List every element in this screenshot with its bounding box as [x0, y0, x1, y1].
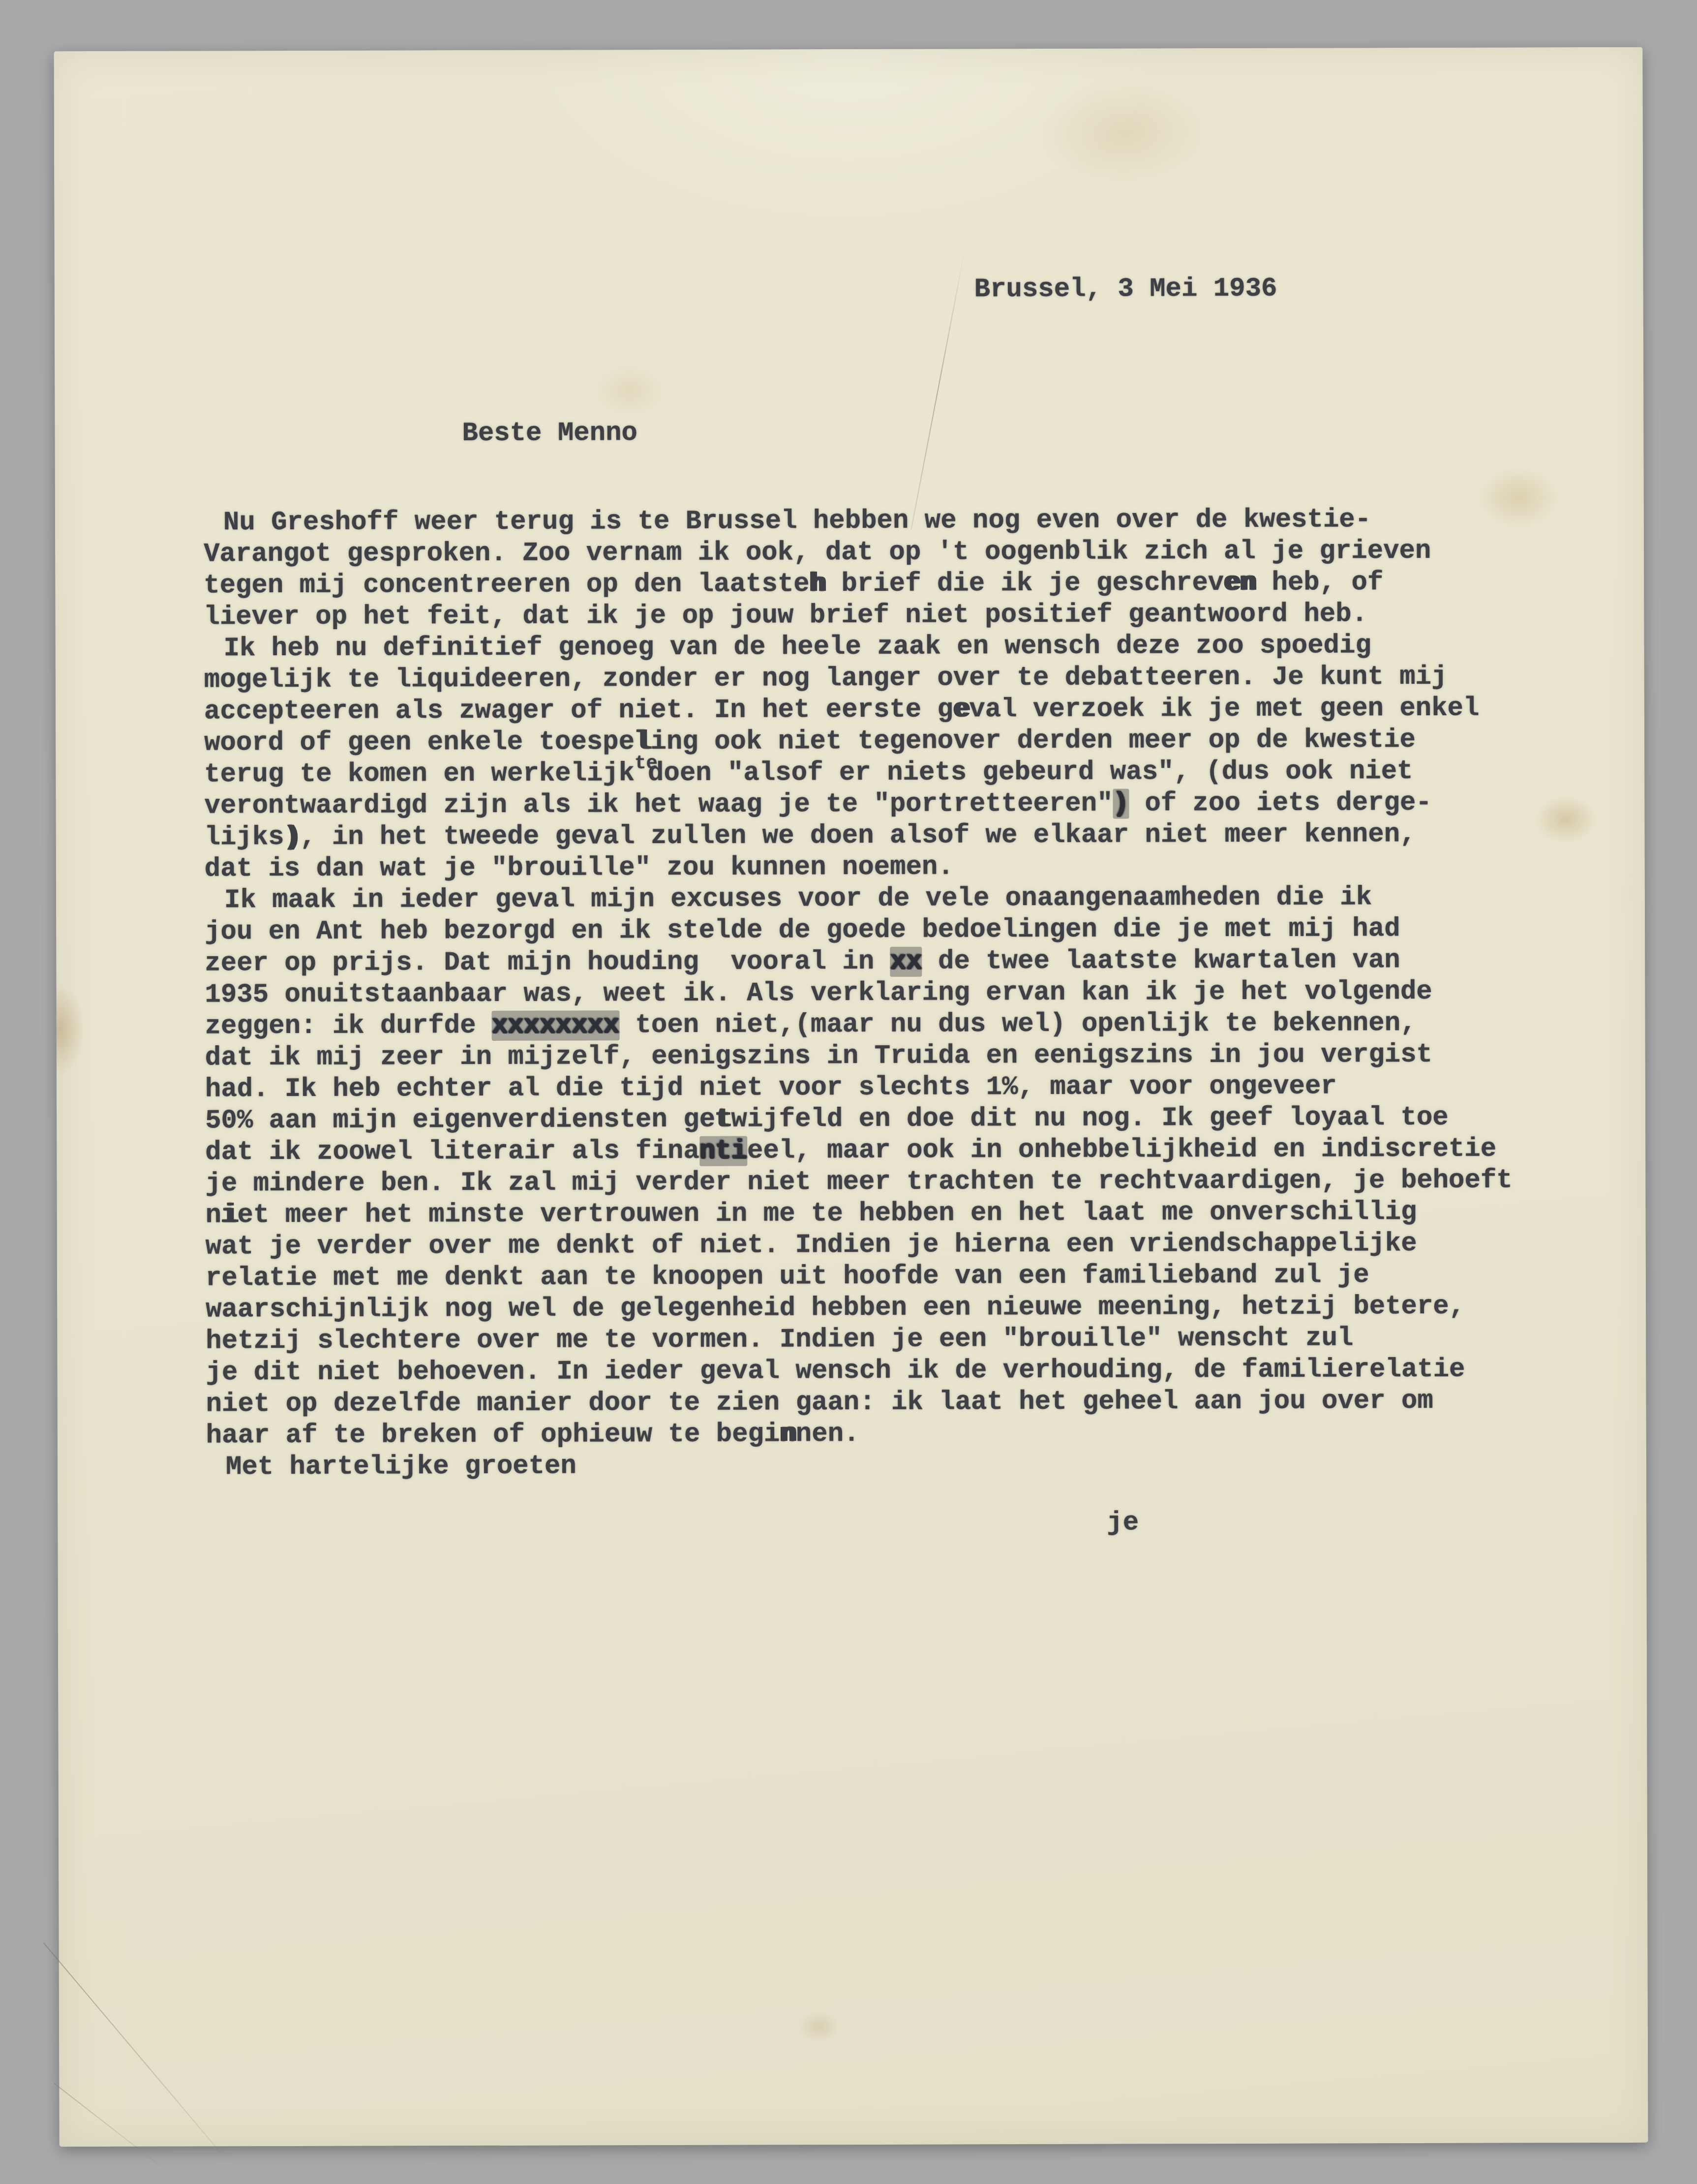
text-run: liever op het feit, dat ik je op jouw br…: [204, 599, 1367, 632]
text-run: n: [206, 1200, 222, 1230]
text-run: val verzoek ik je met geen enkel: [969, 694, 1479, 725]
text-run: haar af te breken of ophieuw te begi: [206, 1419, 780, 1451]
text-run: je dit niet behoeven. In ieder geval wen…: [206, 1355, 1465, 1388]
letter-line: je mindere ben. Ik zal mij verder niet m…: [205, 1165, 1512, 1200]
text-run: hetzij slechtere over me te vormen. Indi…: [206, 1323, 1353, 1356]
letter-line: terug te komen en werkelijktedoen "alsof…: [204, 756, 1511, 790]
text-run: , in het tweede geval zullen we doen als…: [300, 819, 1416, 852]
letter-line: wat je verder over me denkt of niet. Ind…: [206, 1228, 1513, 1263]
text-run: of zoo iets derge-: [1129, 788, 1432, 819]
letter-line: relatie met me denkt aan te knoopen uit …: [206, 1259, 1513, 1294]
letter-body: Nu Greshoff weer terug is te Brussel heb…: [204, 504, 1513, 1483]
text-run: dat ik mij zeer in mijzelf, eenigszins i…: [205, 1040, 1432, 1073]
text-run: tegen mij concentreeren op den laatste: [204, 569, 810, 601]
text-run: zeggen: ik durfde: [205, 1011, 492, 1042]
overstrike-blot: xxxxxxxx: [492, 1010, 619, 1041]
overstrike-blot: nti: [699, 1136, 747, 1166]
text-run: zeer op prijs. Dat mijn houding vooral i…: [205, 947, 890, 979]
letter-line: dat ik zoowel literair als finantieel, m…: [205, 1133, 1512, 1168]
text-run: niet op dezelfde manier door te zien gaa…: [206, 1386, 1433, 1420]
letter-line: Ik maak in ieder geval mijn excuses voor…: [205, 881, 1512, 916]
date-line: Brussel, 3 Mei 1936: [974, 273, 1277, 306]
text-run: woord of geen enkele toespe: [204, 727, 635, 758]
letter-line: Met hartelijke groeten: [206, 1448, 1513, 1483]
letter-line: zeer op prijs. Dat mijn houding vooral i…: [205, 944, 1512, 979]
overstruck-chars: en: [1224, 568, 1256, 598]
letter-line: had. Ik heb echter al die tijd niet voor…: [205, 1070, 1512, 1105]
text-run: relatie met me denkt aan te knoopen uit …: [206, 1260, 1369, 1293]
overstruck-chars: e: [953, 695, 970, 725]
text-run: doen "alsof er niets gebeurd was", (dus …: [648, 757, 1413, 789]
letter-line: jou en Ant heb bezorgd en ik stelde de g…: [205, 913, 1512, 948]
text-run: dat is dan wat je "brouille" zou kunnen …: [205, 852, 954, 884]
text-run: toen niet,(maar nu dus wel) openlijk te …: [619, 1008, 1416, 1040]
text-run: dat ik zoowel literair als fina: [205, 1136, 699, 1168]
signature: je: [1107, 1507, 1139, 1539]
text-run: ing ook niet tegenover derden meer op de…: [650, 725, 1416, 757]
letter-line: dat is dan wat je "brouille" zou kunnen …: [205, 850, 1512, 885]
letter-line: Nu Greshoff weer terug is te Brussel heb…: [204, 504, 1511, 539]
text-run: eel, maar ook in onhebbelijkheid en indi…: [747, 1134, 1496, 1166]
text-run: 50% aan mijn eigenverdiensten ge: [205, 1105, 715, 1136]
text-run: waarschijnlijk nog wel de gelegenheid he…: [206, 1292, 1465, 1325]
text-run: nen.: [796, 1419, 860, 1449]
text-run: Ik heb nu definitief genoeg van de heele…: [224, 631, 1371, 664]
letter-line: hetzij slechtere over me te vormen. Indi…: [206, 1322, 1513, 1357]
letter-line: niet meer het minste vertrouwen in me te…: [206, 1196, 1513, 1231]
letter-line: woord of geen enkele toespeling ook niet…: [204, 724, 1511, 759]
text-run: had. Ik heb echter al die tijd niet voor…: [205, 1071, 1337, 1104]
scan-background: Brussel, 3 Mei 1936 Beste Menno Nu Gresh…: [0, 0, 1697, 2184]
overstruck-chars: ): [284, 822, 301, 852]
overstruck-chars: i: [221, 1200, 238, 1230]
pencil-scratch: [910, 249, 965, 530]
text-run: Nu Greshoff weer terug is te Brussel heb…: [223, 505, 1371, 538]
text-run: verontwaardigd zijn als ik het waag je t…: [204, 789, 1113, 821]
text-run: Met hartelijke groeten: [226, 1451, 576, 1482]
letter-line: lijks), in het tweede geval zullen we do…: [205, 819, 1512, 853]
text-run: jou en Ant heb bezorgd en ik stelde de g…: [205, 914, 1400, 947]
text-run: lijks: [205, 822, 284, 852]
text-run: brief die ik je geschrev: [825, 568, 1224, 599]
text-run: terug te komen en werkelijk: [204, 758, 635, 789]
overstruck-chars: t: [715, 1105, 731, 1135]
text-run: heb, of: [1256, 568, 1383, 598]
text-run: mogelijk te liquideeren, zonder er nog l…: [204, 662, 1448, 696]
salutation: Beste Menno: [462, 418, 637, 450]
text-run: 1935 onuitstaanbaar was, weet ik. Als ve…: [205, 977, 1432, 1010]
letter-line: 50% aan mijn eigenverdiensten getwijfeld…: [205, 1102, 1512, 1137]
text-run: et meer het minste vertrouwen in me te h…: [237, 1197, 1417, 1230]
letter-line: tegen mij concentreeren op den laatsteh …: [204, 567, 1511, 602]
overstruck-chars: n: [780, 1419, 796, 1449]
letter-line: dat ik mij zeer in mijzelf, eenigszins i…: [205, 1039, 1512, 1074]
letter-line: Ik heb nu definitief genoeg van de heele…: [204, 630, 1511, 665]
text-run: je mindere ben. Ik zal mij verder niet m…: [205, 1165, 1512, 1199]
inserted-correction: te: [635, 748, 648, 779]
text-run: accepteeren als zwager of niet. In het e…: [204, 695, 953, 727]
text-run: wijfeld en doe dit nu nog. Ik geef loyaa…: [731, 1103, 1448, 1135]
letter-line: liever op het feit, dat ik je op jouw br…: [204, 598, 1511, 633]
letter-line: waarschijnlijk nog wel de gelegenheid he…: [206, 1291, 1513, 1326]
letter-line: haar af te breken of ophieuw te beginnen…: [206, 1417, 1513, 1452]
overstrike-blot: ): [1113, 789, 1129, 819]
paper-crease-small: [54, 2083, 171, 2174]
text-run: Ik maak in ieder geval mijn excuses voor…: [224, 882, 1372, 915]
letter-page: Brussel, 3 Mei 1936 Beste Menno Nu Gresh…: [54, 47, 1648, 2147]
overstrike-blot: xx: [890, 947, 922, 977]
letter-line: niet op dezelfde manier door te zien gaa…: [206, 1385, 1513, 1420]
text-run: Varangot gesproken. Zoo vernam ik ook, d…: [204, 536, 1431, 570]
letter-line: je dit niet behoeven. In ieder geval wen…: [206, 1354, 1513, 1389]
text-run: wat je verder over me denkt of niet. Ind…: [206, 1229, 1417, 1262]
text-run: de twee laatste kwartalen van: [922, 945, 1400, 977]
paper-crease: [43, 1942, 222, 2154]
letter-line: Varangot gesproken. Zoo vernam ik ook, d…: [204, 535, 1511, 570]
letter-line: accepteeren als zwager of niet. In het e…: [204, 693, 1511, 728]
overstruck-chars: h: [810, 569, 826, 599]
letter-line: 1935 onuitstaanbaar was, weet ik. Als ve…: [205, 976, 1512, 1011]
letter-line: zeggen: ik durfde xxxxxxxx toen niet,(ma…: [205, 1007, 1512, 1042]
letter-line: mogelijk te liquideeren, zonder er nog l…: [204, 661, 1511, 696]
letter-line: verontwaardigd zijn als ik het waag je t…: [204, 787, 1511, 822]
